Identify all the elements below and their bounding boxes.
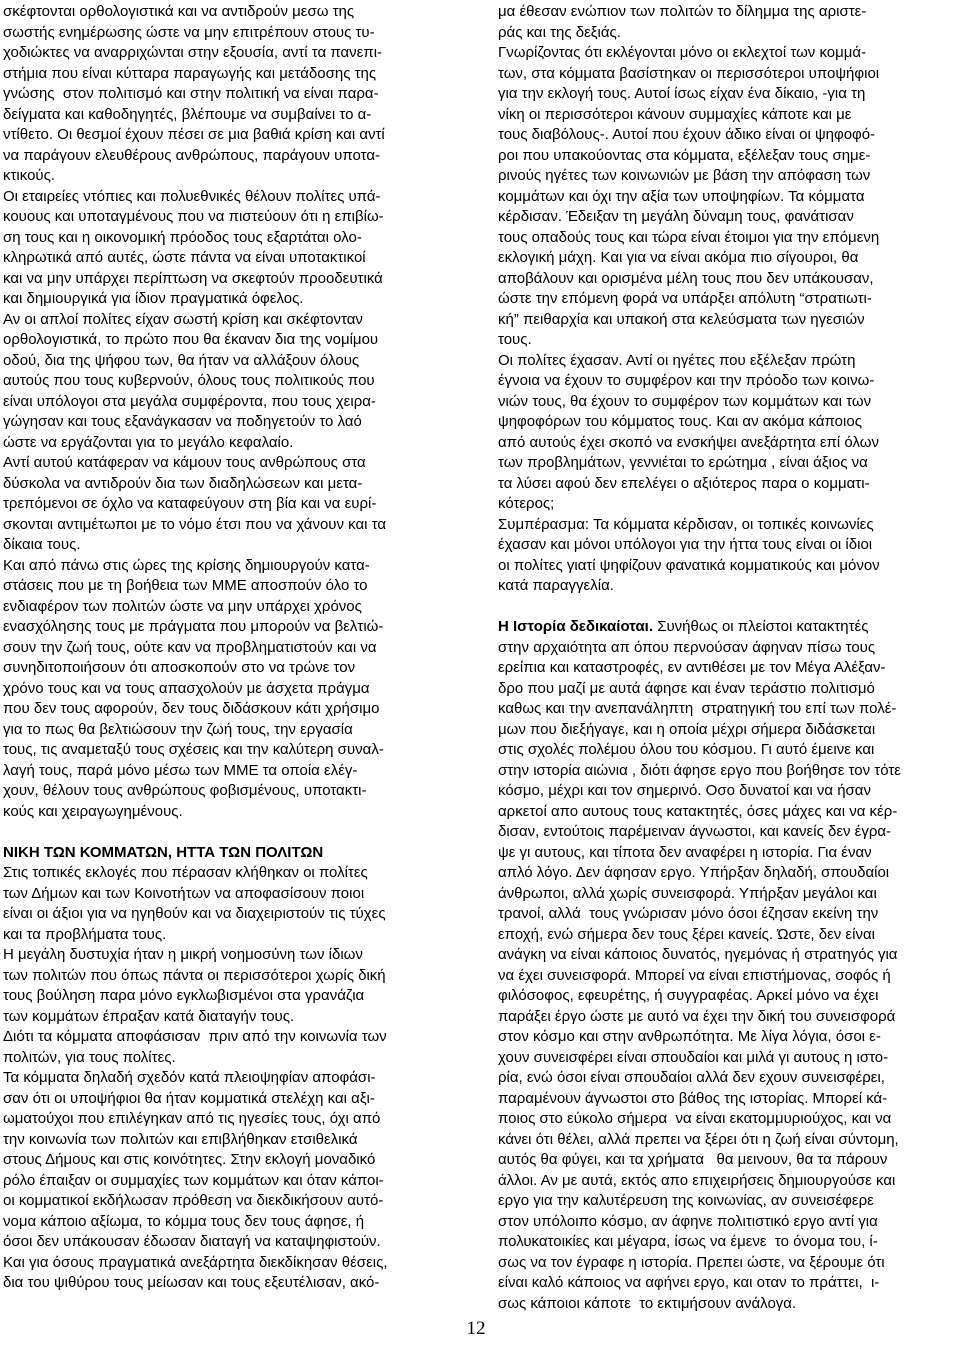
text-line: σωστής ενημέρωσης ώστε να μην επιτρέπουν…: [3, 23, 475, 44]
text-line: ορθολογιστικά, το πρώτο που θα έκαναν δι…: [3, 330, 475, 351]
text-line: μα έθεσαν ενώπιον των πολιτών το δίλημμα…: [498, 2, 958, 23]
text-line: Αντί αυτού κατάφεραν να κάμουν τους ανθρ…: [3, 453, 475, 474]
text-line-with-runin-heading: Η Ιστορία δεδικαίοται. Συνήθως οι πλείστ…: [498, 617, 958, 638]
text-line: στον υπόλοιπο κόσμο, αν άφηνε πολιτιστικ…: [498, 1212, 958, 1233]
text-line: τους.: [498, 330, 958, 351]
text-line: νίκη οι περισσότεροι κάνουν συμμαχίες κά…: [498, 105, 958, 126]
text-line: δύσκολα να αντιδρούν δια των διαδηλώσεων…: [3, 474, 475, 495]
text-line: ερείπια και καταστροφές, εν αντιθέσει με…: [498, 658, 958, 679]
section-heading: ΝΙΚΗ ΤΩΝ ΚΟΜΜΑΤΩΝ, ΗΤΤΑ ΤΩΝ ΠΟΛΙΤΩΝ: [3, 843, 475, 864]
text-line: εποχή, ενώ σήμερα δεν τους ξέρει κανείς.…: [498, 925, 958, 946]
text-line: γώγησαν και τους εξανάγκασαν να ποδηγετο…: [3, 412, 475, 433]
text-line: των Δήμων και των Κοινοτήτων να αποφασίσ…: [3, 884, 475, 905]
text-line: είναι υπόλογοι στα μεγάλα συμφέροντα, πο…: [3, 392, 475, 413]
text-line: φιλόσοφος, εφευρέτης, ή συγγραφέας. Αρκε…: [498, 986, 958, 1007]
text-line: αποβάλουν και ορισμένα μέλη τους που δεν…: [498, 269, 958, 290]
text-line: αρκετοί απο αυτους τους κατακτητές, όσες…: [498, 802, 958, 823]
text-line: και τα προβλήματα τους.: [3, 925, 475, 946]
text-line: δρο που μαζί με αυτά άφησε και έναν τερά…: [498, 679, 958, 700]
text-line: την κοινωνία των πολιτών και επιβλήθηκαν…: [3, 1130, 475, 1151]
text-line: έγνοια να έχουν το συμφέρον και την πρόο…: [498, 371, 958, 392]
text-line: χουν, θέλουν τους ανθρώπους φοβισμένους,…: [3, 781, 475, 802]
text-line: κατά παραγγελία.: [498, 576, 958, 597]
text-line: ροι που υπακούοντας στα κόμματα, εξέλεξα…: [498, 146, 958, 167]
text-line: μων που διεξήγαγε, και η οποία μέχρι σήμ…: [498, 720, 958, 741]
text-line: τρανοί, αλλά τους γνώρισαν μόνο όσοι έζη…: [498, 904, 958, 925]
text-line: από αυτούς έχει σκοπό να ενσκήψει ανεξάρ…: [498, 433, 958, 454]
text-line: πολιτών, για τους πολίτες.: [3, 1048, 475, 1069]
text-line: και να μην υπάρχει περίπτωση να σκεφτούν…: [3, 269, 475, 290]
text-line: εργο για την καλυτέρευση της κοινωνίας, …: [498, 1191, 958, 1212]
text-line: στήμια που είναι κύτταρα παραγωγής και μ…: [3, 64, 475, 85]
blank-line: [3, 822, 475, 843]
text-line: Συμπέρασμα: Τα κόμματα κέρδισαν, οι τοπι…: [498, 515, 958, 536]
text-line: ντίθετο. Οι θεσμοί έχουν πέσει σε μια βα…: [3, 125, 475, 146]
text-line: σαν ότι οι υποψήφιοι θα ήταν κομματικά σ…: [3, 1089, 475, 1110]
text-line: τους διαβόλους-. Αυτοί που έχουν άδικο ε…: [498, 125, 958, 146]
text-line: ση τους και η οικονομική πρόοδος τους εξ…: [3, 228, 475, 249]
text-line: τους βούληση παρα μόνο εγκλωβισμένοι στα…: [3, 986, 475, 1007]
text-line: σως κάποιοι κάποτε το εκτιμήσουν ανάλογα…: [498, 1294, 958, 1315]
text-line: κτικούς.: [3, 166, 475, 187]
text-line: Και από πάνω στις ώρες της κρίσης δημιου…: [3, 556, 475, 577]
text-line: γνώσης στον πολιτισμό και στην πολιτική …: [3, 84, 475, 105]
text-line: Γνωρίζοντας ότι εκλέγονται μόνο οι εκλεχ…: [498, 43, 958, 64]
text-line: στις σχολές πολέμου όλου του κόσμου. Γι …: [498, 740, 958, 761]
text-line: Τα κόμματα δηλαδή σχεδόν κατά πλειοψηφία…: [3, 1068, 475, 1089]
text-line: σκέφτονται ορθολογιστικά και να αντιδρού…: [3, 2, 475, 23]
text-line: όσοι δεν υπάκουσαν έδωσαν διαταγή να κατ…: [3, 1232, 475, 1253]
text-line: κομμάτων και όχι την αξία των υποψηφίων.…: [498, 187, 958, 208]
text-line: καθως και την ανεπανάληπτη στρατηγική το…: [498, 699, 958, 720]
text-line: χοδιώκτες να αναρριχώνται στην εξουσία, …: [3, 43, 475, 64]
text-line: ώστε να εργάζονται για το μεγάλο κεφαλαί…: [3, 433, 475, 454]
text-line: δίκαια τους.: [3, 535, 475, 556]
text-line: είναι οι άξιοι για να ηγηθούν και να δια…: [3, 904, 475, 925]
text-line: κότερος;: [498, 494, 958, 515]
text-line: και δημιουργικά για ίδιον πραγματικά όφε…: [3, 289, 475, 310]
text-line: σουν την ζωή τους, ούτε καν να προβληματ…: [3, 638, 475, 659]
text-line: δείγματα και καθοδηγητές, βλέπουμε να συ…: [3, 105, 475, 126]
text-line: ψηφοφόρων του κόμματος τους. Και αν ακόμ…: [498, 412, 958, 433]
text-line: συνηδιτοποιήσουν ότι αποσκοπούν στο να τ…: [3, 658, 475, 679]
bold-heading-text: Η Ιστορία δεδικαίοται.: [498, 618, 653, 635]
text-line: ρόλο έπαιξαν οι συμμαχίες των κομμάτων κ…: [3, 1171, 475, 1192]
text-line: εκλογική μάχη. Και για να είναι ακόμα πι…: [498, 248, 958, 269]
text-line: ανάγκη να είναι κάποιος δυνατός, ηγεμόνα…: [498, 945, 958, 966]
text-line: άλλοι. Αν με αυτά, εκτός απο επιχειρήσει…: [498, 1171, 958, 1192]
text-line: Και για όσους πραγματικά ανεξάρτητα διεκ…: [3, 1253, 475, 1274]
text-line: κάνει ότι θέλει, αλλά πρεπει να ξέρει ότ…: [498, 1130, 958, 1151]
text-line: κουους και υποταγμένους που να πιστεύουν…: [3, 207, 475, 228]
text-line: τα λύσει αφού δεν επελέγει ο αξιότερος π…: [498, 474, 958, 495]
text-line: είναι καλό κάποιος να αφήνει εργο, και ο…: [498, 1273, 958, 1294]
text-line: λαγή τους, παρά μόνο μέσω των ΜΜΕ τα οπο…: [3, 761, 475, 782]
text-line: οι κομματικοί εκδήλωσαν πρόθεση να διεκδ…: [3, 1191, 475, 1212]
bold-heading-text: ΝΙΚΗ ΤΩΝ ΚΟΜΜΑΤΩΝ, ΗΤΤΑ ΤΩΝ ΠΟΛΙΤΩΝ: [3, 844, 323, 861]
text-line: παραμένουν άγνωστοι στο βάθος της ιστορί…: [498, 1089, 958, 1110]
text-line: νιών τους, θα έχουν το συμφέρον των κομμ…: [498, 392, 958, 413]
text-line: Αν οι απλοί πολίτες είχαν σωστή κρίση κα…: [3, 310, 475, 331]
text-line: κληρωτικά από αυτές, ώστε πάντα να είναι…: [3, 248, 475, 269]
text-line: των, στα κόμματα βασίστηκαν οι περισσότε…: [498, 64, 958, 85]
text-line: ωματούχοι που επιλέγηκαν από τις ηγεσίες…: [3, 1109, 475, 1130]
text-line: στην αρχαιότητα απ όπου περνούσαν άφηναν…: [498, 638, 958, 659]
text-line: σως να τον έγραφε η ιστορία. Πρεπει ώστε…: [498, 1253, 958, 1274]
text-line: στους Δήμους και στις κοινότητες. Στην ε…: [3, 1150, 475, 1171]
text-column-left: σκέφτονται ορθολογιστικά και να αντιδρού…: [3, 2, 475, 1294]
page-number: 12: [0, 1318, 952, 1340]
text-line: ενασχόλησης τους με πράγματα που μπορούν…: [3, 617, 475, 638]
text-line: να παράγουν ελευθέρους ανθρώπους, παράγο…: [3, 146, 475, 167]
text-line: οδού, δια της ψήφου των, θα ήταν να αλλά…: [3, 351, 475, 372]
text-line: κόσμο, μέχρι και τον σημερινό. Οσο δυνατ…: [498, 781, 958, 802]
text-line: τρεπόμενοι σε όχλο να καταφεύγουν στη βί…: [3, 494, 475, 515]
text-line: κή” πειθαρχία και υπακοή στα κελεύσματα …: [498, 310, 958, 331]
text-line: χρόνο τους και να τους απασχολούν με άσχ…: [3, 679, 475, 700]
text-line: αυτός θα φύγει, και τα χρήματα θα μεινου…: [498, 1150, 958, 1171]
text-line: που δεν τους αφορούν, δεν τους διδάσκουν…: [3, 699, 475, 720]
text-line: ράς και της δεξιάς.: [498, 23, 958, 44]
text-line: απλό λόγο. Δεν άφησαν εργο. Υπήρξαν δηλα…: [498, 863, 958, 884]
text-line: ώστε την επόμενη φορά να υπάρξει απόλυτη…: [498, 289, 958, 310]
text-line: δια του ψιθύρου τους μείωσαν και τους εξ…: [3, 1273, 475, 1294]
text-line: κούς και χειραγωγημένους.: [3, 802, 475, 823]
text-line: κέρδισαν. Έδειξαν τη μεγάλη δύναμη τους,…: [498, 207, 958, 228]
text-line: για την εκλογή τους. Αυτοί ίσως είχαν έν…: [498, 84, 958, 105]
text-line: στάσεις που με τη βοήθεια των ΜΜΕ αποσπο…: [3, 576, 475, 597]
text-line: Οι εταιρείες ντόπιες και πολυεθνικές θέλ…: [3, 187, 475, 208]
text-line: πολυκατοικίες και μέγαρα, ίσως να έμενε …: [498, 1232, 958, 1253]
text-line: για το πως θα βελτιώσουν την ζωή τους, τ…: [3, 720, 475, 741]
text-line: έχασαν και μόνοι υπόλογοι για την ήττα τ…: [498, 535, 958, 556]
text-line: στην ιστορία αιώνια , διότι άφησε εργο π…: [498, 761, 958, 782]
text-line: στον κόσμο και στην ανθρωπότητα. Με λίγα…: [498, 1027, 958, 1048]
text-line: νομα κάποιο αξίωμα, το κόμμα τους δεν το…: [3, 1212, 475, 1233]
text-line: ενδιαφέρον των πολιτών ώστε να μην υπάρχ…: [3, 597, 475, 618]
text-line: τους, τις αναμεταξύ τους σχέσεις και την…: [3, 740, 475, 761]
text-line: να έχει συνεισφορά. Μπορεί να είναι επισ…: [498, 966, 958, 987]
text-line: τους οπαδούς τους και τώρα είναι έτοιμοι…: [498, 228, 958, 249]
text-line: ψε γι αυτους, και τίποτα δεν αναφέρει η …: [498, 843, 958, 864]
text-line: ρία, ενώ όσοι είναι σπουδαίοι αλλά δεν ε…: [498, 1068, 958, 1089]
text-line: ποιος στο εύκολο σήμερα να είναι εκατομμ…: [498, 1109, 958, 1130]
text-line: Οι πολίτες έχασαν. Αντί οι ηγέτες που εξ…: [498, 351, 958, 372]
text-column-right: μα έθεσαν ενώπιον των πολιτών το δίλημμα…: [498, 2, 958, 1314]
text-line: Η μεγάλη δυστυχία ήταν η μικρή νοημοσύνη…: [3, 945, 475, 966]
text-line: Στις τοπικές εκλογές που πέρασαν κλήθηκα…: [3, 863, 475, 884]
document-page: σκέφτονται ορθολογιστικά και να αντιδρού…: [0, 0, 960, 1345]
text-line: αυτούς που τους κυβερνούν, όλους τους πο…: [3, 371, 475, 392]
text-line: των κομμάτων έπραξαν κατά διαταγήν τους.: [3, 1007, 475, 1028]
text-line: οι πολίτες γιατί ψηφίζουν φανατικά κομμα…: [498, 556, 958, 577]
text-line: χουν συνεισφέρει είναι σπουδαίοι και μιλ…: [498, 1048, 958, 1069]
text-line: άνθρωποι, αλλά χωρίς συνεισφορά. Υπήρξαν…: [498, 884, 958, 905]
text-line: των προβλημάτων, γεννιέται το ερώτημα , …: [498, 453, 958, 474]
text-line: ρινούς ηγέτες των κοινωνιών με βάση την …: [498, 166, 958, 187]
blank-line: [498, 597, 958, 618]
text-line: Διότι τα κόμματα αποφάσισαν πριν από την…: [3, 1027, 475, 1048]
text-line: των πολιτών που όπως πάντα οι περισσότερ…: [3, 966, 475, 987]
text-line: σκονται αντιμέτωποι με το νόμο έτσι που …: [3, 515, 475, 536]
text-line: παράξει έργο ώστε με αυτό να έχει την δι…: [498, 1007, 958, 1028]
text-line: δισαν, εντούτοις παρέμειναν άγνωστοι, κα…: [498, 822, 958, 843]
